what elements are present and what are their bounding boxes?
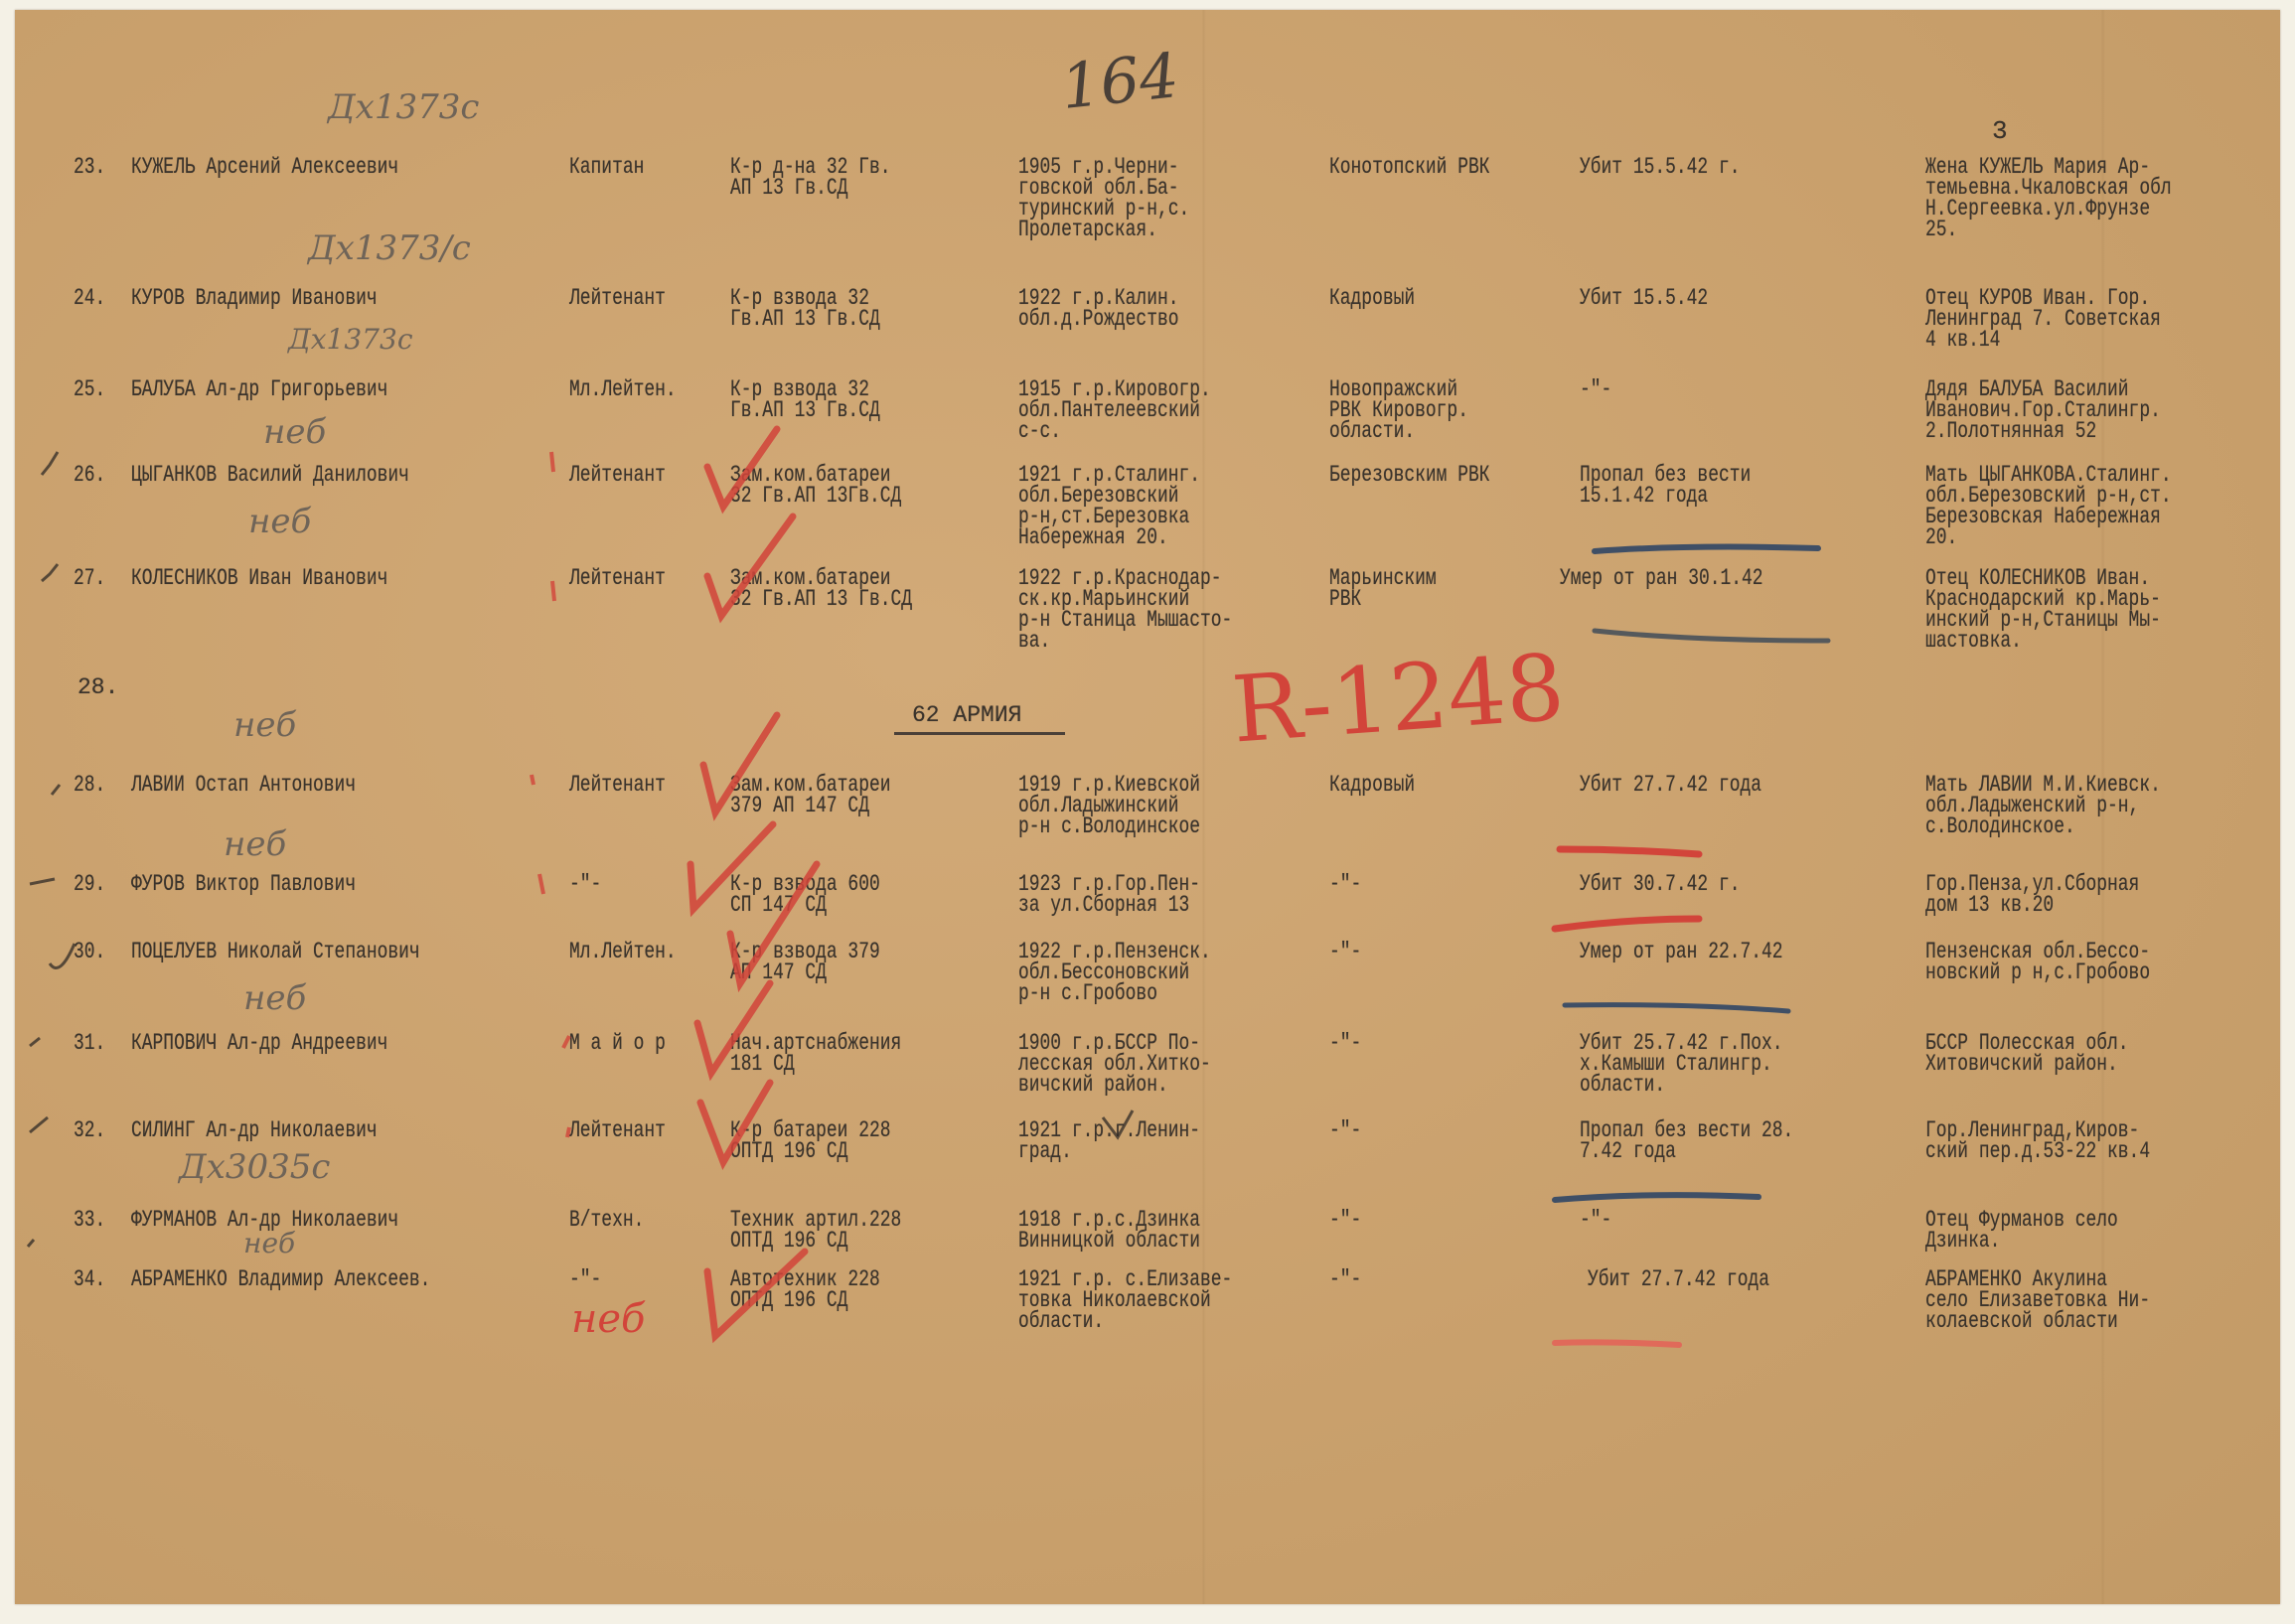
red-underline [1560, 849, 1699, 854]
check-icon [707, 429, 777, 507]
pencil-tick-icon [30, 1117, 48, 1132]
pencil-tick-icon [30, 879, 55, 884]
pencil-tick-icon [42, 452, 58, 475]
red-underline [1555, 1342, 1679, 1345]
pencil-tick-icon [52, 785, 60, 795]
pencil-tick-icon [30, 1038, 40, 1046]
check-icon [707, 1252, 805, 1336]
check-icon [707, 517, 793, 616]
grey-underline [1595, 631, 1828, 641]
check-icon [700, 1083, 770, 1162]
check-icon [703, 715, 777, 812]
red-underline [1555, 919, 1699, 929]
pencil-tick-icon [42, 564, 58, 581]
pencil-tick-icon [1103, 1110, 1133, 1137]
check-icon [730, 864, 817, 983]
check-icon [690, 824, 773, 909]
check-icon [697, 983, 770, 1073]
check-marks-layer [0, 0, 2295, 1624]
blue-underline [1595, 547, 1818, 551]
blue-underline [1555, 1195, 1759, 1200]
pencil-tick-icon [50, 944, 75, 968]
blue-underline [1565, 1005, 1788, 1011]
pencil-tick-icon [28, 1240, 34, 1247]
